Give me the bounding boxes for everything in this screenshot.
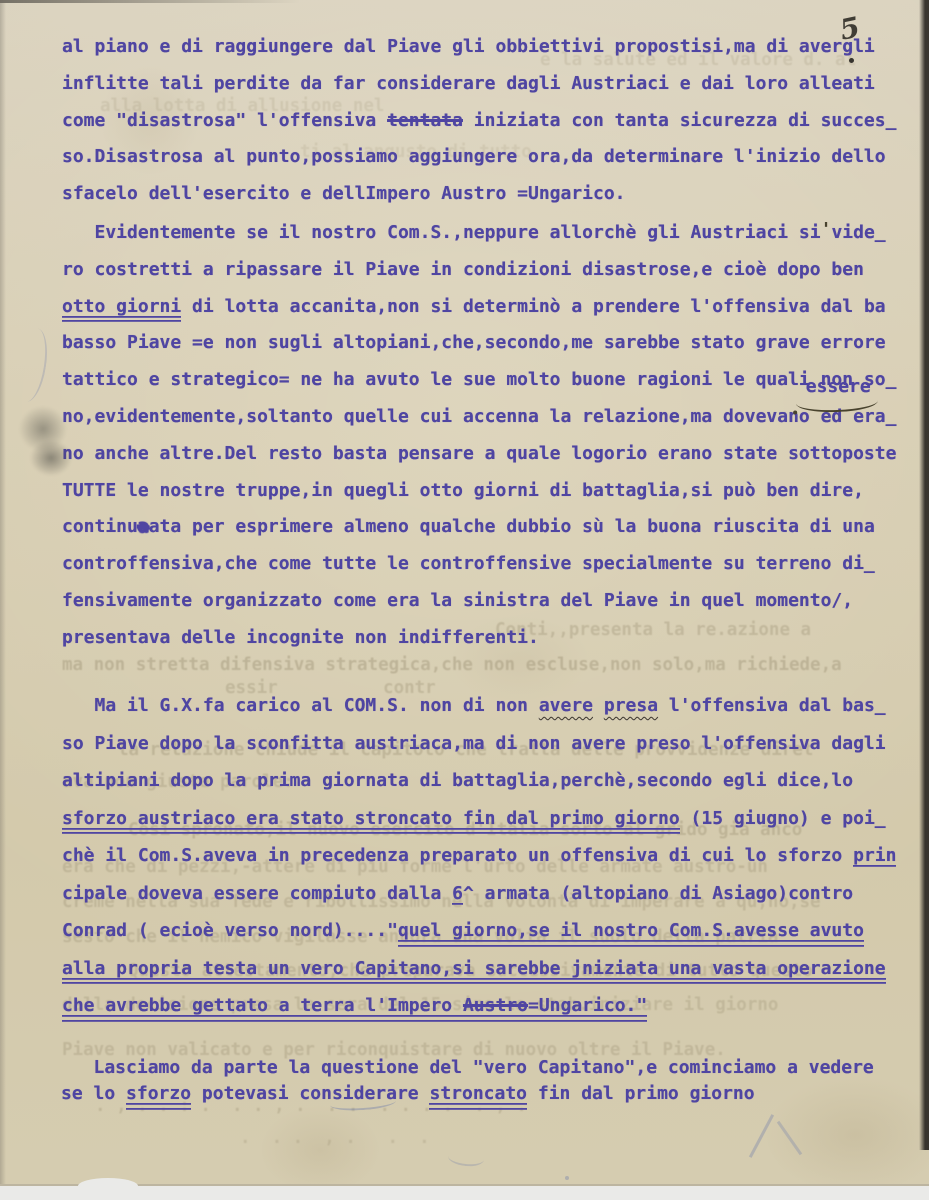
- text-line: inflitte tali perdite da far considerare…: [62, 66, 896, 103]
- text-segment: chè il Com.S.aveva in precedenza prepara…: [62, 845, 853, 866]
- ghost-text-line: . . . , . . .: [240, 1128, 430, 1148]
- text-segment: inflitte tali perdite da far considerare…: [62, 73, 875, 94]
- paragraph: Lasciamo da parte la questione del "vero…: [61, 1055, 874, 1107]
- paper-edge-shadow: [919, 0, 929, 1150]
- text-segment: sfacelo dell'esercito e dellImpero Austr…: [62, 183, 626, 204]
- text-segment: vide_: [831, 222, 885, 243]
- text-segment: no anche altre.Del resto basta pensare a…: [62, 443, 896, 464]
- text-line: Lasciamo da parte la questione del "vero…: [61, 1055, 874, 1081]
- text-segment: Lasciamo da parte la questione del "vero…: [61, 1057, 874, 1078]
- text-line: continuaata per esprimere almeno qualche…: [62, 509, 896, 546]
- text-line: sfacelo dell'esercito e dellImpero Austr…: [62, 176, 896, 213]
- scanner-background: [0, 1184, 929, 1200]
- text-segment: alla propria testa un vero Capitano,si s…: [62, 958, 886, 986]
- text-line: controffensiva,che come tutte le controf…: [62, 546, 896, 583]
- text-segment: TUTTE le nostre truppe,in quegli otto gi…: [62, 480, 864, 501]
- text-segment: cipale doveva essere compiuto dalla: [62, 883, 452, 904]
- text-segment: al piano e di raggiungere dal Piave gli …: [62, 36, 875, 57]
- text-line: presentava delle incognite non indiffere…: [62, 620, 896, 657]
- blue-ink-smudge: [749, 1114, 774, 1158]
- text-segment: ata per esprimere almeno qualche dubbio …: [149, 516, 875, 537]
- text-line: alla propria testa un vero Capitano,si s…: [62, 950, 896, 988]
- paragraph: Ma il G.X.fa carico al COM.S. non di non…: [62, 687, 896, 1025]
- text-line: cipale doveva essere compiuto dalla 6^ a…: [62, 875, 896, 913]
- text-line: Ma il G.X.fa carico al COM.S. non di non…: [62, 687, 896, 725]
- text-segment: ^ armata (altopiano di Asiago)contro: [463, 883, 853, 904]
- text-segment: sforzo: [126, 1083, 191, 1111]
- text-segment: controffensiva,che come tutte le controf…: [62, 553, 875, 574]
- text-line: fensivamente organizzato come era la sin…: [62, 583, 896, 620]
- text-line: no,evidentemente,soltanto quelle cui acc…: [62, 399, 896, 436]
- text-segment: altipiani dopo la prima giornata di batt…: [62, 770, 853, 791]
- paragraph: al piano e di raggiungere dal Piave gli …: [62, 29, 896, 213]
- blue-ink-smudge: [447, 1148, 484, 1168]
- blue-ink-smudge: [777, 1121, 802, 1155]
- text-line: se lo sforzo potevasi considerare stronc…: [61, 1081, 874, 1107]
- text-segment: continu: [62, 516, 138, 537]
- text-line: sforzo austriaco era stato stroncato fin…: [62, 800, 896, 838]
- text-line: ro costretti a ripassare il Piave in con…: [62, 252, 896, 289]
- text-segment: basso Piave =e non sugli altopiani,che,s…: [62, 332, 886, 353]
- text-segment: ro costretti a ripassare il Piave in con…: [62, 259, 864, 280]
- text-line: so.Disastrosa al punto,possiamo aggiunge…: [62, 139, 896, 176]
- blue-ink-smudge: [565, 1176, 569, 1180]
- document-page: e la salute ed il valore d. alalla lotta…: [0, 0, 929, 1185]
- text-segment: fin dal primo giorno: [527, 1083, 755, 1104]
- text-line: TUTTE le nostre truppe,in quegli otto gi…: [62, 473, 896, 510]
- text-line: basso Piave =e non sugli altopiani,che,s…: [62, 325, 896, 362]
- ink-dot-mark: [849, 58, 854, 63]
- text-segment: l'offensiva dal bas_: [658, 695, 886, 716]
- text-segment: so Piave dopo la sconfitta austriaca,ma …: [62, 733, 886, 754]
- text-segment: presentava delle incognite non indiffere…: [62, 627, 539, 648]
- text-line: al piano e di raggiungere dal Piave gli …: [62, 29, 896, 66]
- text-segment: Evidentemente se il nostro Com.S.,neppur…: [62, 222, 821, 243]
- text-segment: fensivamente organizzato come era la sin…: [62, 590, 853, 611]
- text-segment: stroncato: [429, 1083, 527, 1111]
- scan-edge-left: [0, 0, 6, 1185]
- text-segment: Ma il G.X.fa carico al COM.S. non di non: [62, 695, 539, 716]
- ghost-text-line: ma non stretta difensiva strategica,che …: [62, 655, 842, 675]
- scan-edge-top: [0, 0, 300, 3]
- text-segment: Austro: [463, 995, 528, 1023]
- text-line: come "disastrosa" l'offensiva tentata in…: [62, 103, 896, 140]
- text-segment: presa: [604, 695, 658, 716]
- text-segment: ': [821, 219, 832, 240]
- text-line: che avrebbe gettato a terra l'Impero Aus…: [62, 987, 896, 1025]
- text-line: otto giorni di lotta accanita,non si det…: [62, 289, 896, 326]
- text-line: Conrad ( ecioè verso nord)...."quel gior…: [62, 912, 896, 950]
- text-segment: =Ungarico.": [528, 995, 647, 1023]
- paragraph: Evidentemente se il nostro Com.S.,neppur…: [62, 215, 896, 657]
- text-segment: Conrad ( ecioè verso nord)....": [62, 920, 398, 941]
- text-segment: (15 giugno) e poi_: [680, 808, 886, 829]
- text-segment: di lotta accanita,non si determinò a pre…: [181, 296, 885, 317]
- text-line: altipiani dopo la prima giornata di batt…: [62, 762, 896, 800]
- text-segment: avere: [539, 695, 593, 716]
- text-segment: se lo: [61, 1083, 126, 1104]
- text-segment: prin: [853, 845, 896, 868]
- text-segment: che avrebbe gettato a terra l'Impero: [62, 995, 463, 1023]
- text-segment: so.Disastrosa al punto,possiamo aggiunge…: [62, 146, 886, 167]
- text-line: tattico e strategico= ne ha avuto le sue…: [62, 362, 896, 399]
- text-segment: [593, 695, 604, 716]
- text-segment: come "disastrosa" l'offensiva: [62, 110, 387, 131]
- margin-smudge: [30, 440, 72, 476]
- text-line: chè il Com.S.aveva in precedenza prepara…: [62, 837, 896, 875]
- text-segment: tentata: [387, 110, 463, 131]
- text-segment: 6: [452, 883, 463, 906]
- text-segment: a: [138, 516, 149, 537]
- text-segment: otto giorni: [62, 296, 181, 324]
- text-segment: iniziata con tanta sicurezza di succes_: [463, 110, 896, 131]
- text-segment: tattico e strategico= ne ha avuto le sue…: [62, 369, 896, 390]
- text-line: Evidentemente se il nostro Com.S.,neppur…: [62, 215, 896, 252]
- text-segment: no,evidentemente,soltanto quelle cui acc…: [62, 406, 810, 427]
- text-line: no anche altre.Del resto basta pensare a…: [62, 436, 896, 473]
- text-line: so Piave dopo la sconfitta austriaca,ma …: [62, 725, 896, 763]
- text-segment: sforzo austriaco era stato stroncato fin…: [62, 808, 680, 836]
- blue-ink-smudge: [12, 326, 51, 403]
- text-segment: quel giorno,se il nostro Com.S.avesse av…: [398, 920, 864, 948]
